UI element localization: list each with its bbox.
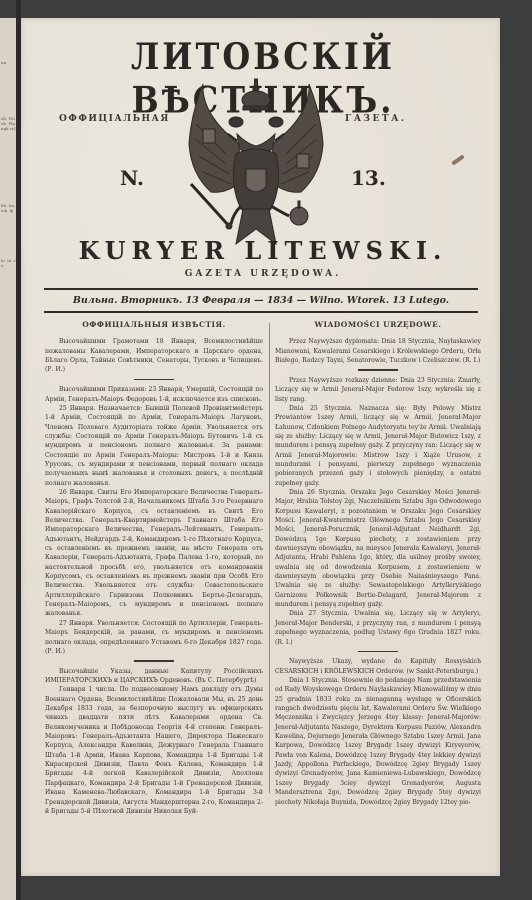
article-paragraph: 26 Января. Свиты Его Императорскаго Вели… xyxy=(45,488,263,619)
adjacent-page-text: nn. xyxy=(1,60,17,65)
article-paragraph: Высочайшіе Указы, данные Капитулу Россій… xyxy=(45,667,263,686)
article-paragraph: Dnia 1 Stycznia. Stosownie do podanego N… xyxy=(275,676,481,807)
article-paragraph: 25 Января. Назначается: Бывшій Полевой П… xyxy=(45,404,263,488)
masthead-subtitle-gazette: ГАЗЕТА. xyxy=(345,114,407,124)
article-paragraph: Dnia 26 Stycznia. Orszaku Jego Cesarskie… xyxy=(275,488,481,609)
article-paragraph: Dnia 25 Stycznia. Naznacza się: Były Pol… xyxy=(275,404,481,488)
column-divider xyxy=(269,323,270,793)
section-separator xyxy=(134,379,174,381)
article-paragraph: Naywyższe Ukazy, wydane do Kapituły Ross… xyxy=(275,657,481,676)
masthead-subtitle-polish: GAZETA URZĘDOWA. xyxy=(43,269,483,279)
masthead-subtitle-official: ОФФИЦІАЛЬНАЯ xyxy=(59,114,170,124)
article-paragraph: Генваря 1 числа. По поднесенному Намъ до… xyxy=(45,685,263,816)
section-separator xyxy=(358,369,398,371)
article-paragraph: Dnia 27 Stycznia. Uwalnia się, Liczący s… xyxy=(275,609,481,646)
newspaper-page: ЛИТОВСКІЙ ВѢСТНИКЪ. ОФФИЦІАЛЬНАЯ ГАЗЕТА.… xyxy=(21,18,500,876)
header-rule-bottom xyxy=(44,311,478,313)
adjacent-page-text: le. hi. ro. xyxy=(1,258,17,298)
column-russian: ОФФИЦІАЛЬНЫЯ ИЗВѢСТІЯ. Высочайшими Грамо… xyxy=(45,320,263,816)
issue-number-label: N. xyxy=(120,166,144,190)
header-rule-top xyxy=(44,288,478,290)
ink-stain xyxy=(451,154,465,165)
double-headed-eagle-icon xyxy=(181,74,331,254)
masthead-title-polish: KURYER LITEWSKI. xyxy=(43,236,483,265)
issue-number: 13. xyxy=(351,166,386,190)
article-paragraph: Высочайшими Грамотами 18 Января, Всемило… xyxy=(45,337,263,374)
column-polish: WIADOMOŚCI URZĘDOWE. Przez Naywyższe dyp… xyxy=(275,320,481,807)
section-separator xyxy=(358,651,398,653)
section-heading-polish: WIADOMOŚCI URZĘDOWE. xyxy=(275,320,481,329)
section-heading-russian: ОФФИЦІАЛЬНЫЯ ИЗВѢСТІЯ. xyxy=(45,320,263,329)
article-paragraph: Przez Naywyższe rozkazy dzienne: Dnia 23… xyxy=(275,376,481,404)
section-separator xyxy=(134,660,174,662)
article-paragraph: 27 Января. Увольняется: Состоящій по Арт… xyxy=(45,619,263,656)
dateline: Вильна. Вторникъ. 13 Февраля — 1834 — Wi… xyxy=(44,295,478,306)
article-paragraph: Przez Naywyższe dyplomata: Dnia 18 Stycz… xyxy=(275,337,481,365)
adjacent-page-text: lib. los. ick. lp. xyxy=(1,203,17,263)
adjacent-page-text: ab. Fel. ob. Pla. ngk rz] xyxy=(1,116,17,186)
article-paragraph: Высочайшими Приказами: 23 Января, Умерші… xyxy=(45,385,263,404)
